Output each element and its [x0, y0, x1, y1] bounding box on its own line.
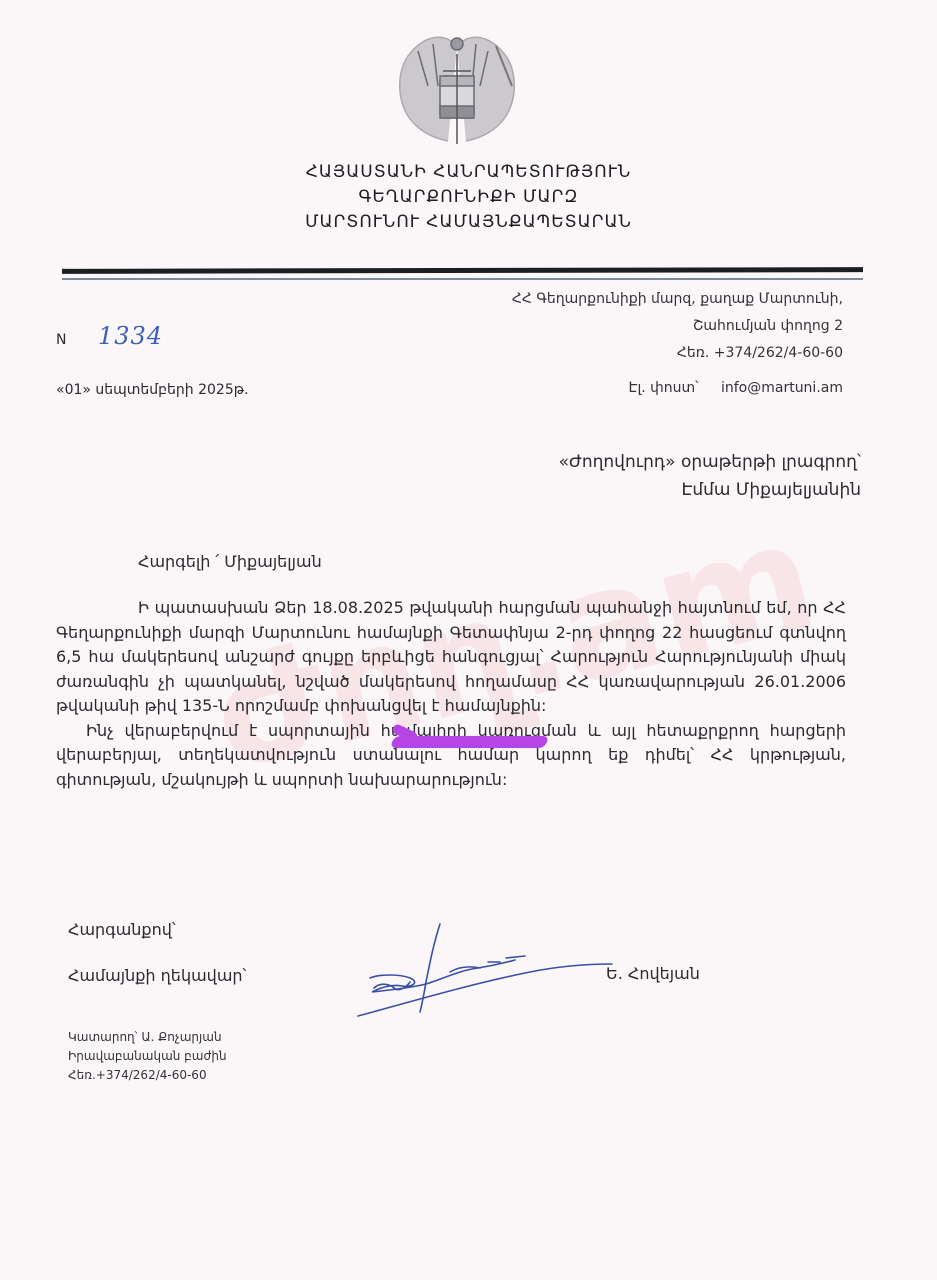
- coat-of-arms-icon: [388, 26, 526, 154]
- document-number: 1334: [98, 322, 163, 350]
- header-divider-thin: [62, 278, 863, 280]
- letterhead-line-region: ԳԵՂԱՐՔՈՒՆԻՔԻ ՄԱՐԶ: [0, 185, 937, 210]
- address-line-1: ՀՀ Գեղարքունիքի մարզ, քաղաք Մարտունի,: [512, 286, 843, 313]
- recipient-block: «Ժողովուրդ» օրաթերթի լրագրող՝ Էմմա Միքայ…: [559, 448, 861, 504]
- sender-email: Էլ. փոստ՝ info@martuni.am: [629, 380, 843, 396]
- highlight-mark: [390, 736, 549, 748]
- document-date: «01» սեպտեմբերի 2025թ.: [56, 382, 249, 398]
- recipient-name: Էմմա Միքայելյանին: [559, 476, 861, 504]
- executor-footer: Կատարող՝ Ա. Քոչարյան Իրավաբանական բաժին …: [68, 1028, 227, 1085]
- body-paragraph-2: Ինչ վերաբերվում է սպորտային համալիրի կառ…: [56, 719, 846, 793]
- address-phone: Հեռ. +374/262/4-60-60: [512, 340, 843, 367]
- executor-department: Իրավաբանական բաժին: [68, 1047, 227, 1066]
- letter-body: Ի պատասխան Ձեր 18.08.2025 թվականի հարցմա…: [56, 596, 846, 792]
- email-value: info@martuni.am: [721, 380, 843, 396]
- signer-position: Համայնքի ղեկավար՝: [68, 966, 246, 985]
- signature-icon: [350, 922, 620, 1018]
- letterhead: ՀԱՅԱՍՏԱՆԻ ՀԱՆՐԱՊԵՏՈՒԹՅՈՒՆ ԳԵՂԱՐՔՈՒՆԻՔԻ Մ…: [0, 160, 937, 235]
- letter-page: ՀԱՅԱՍՏԱՆԻ ՀԱՆՐԱՊԵՏՈՒԹՅՈՒՆ ԳԵՂԱՐՔՈՒՆԻՔԻ Մ…: [0, 0, 937, 1280]
- executor-name: Կատարող՝ Ա. Քոչարյան: [68, 1028, 227, 1047]
- header-divider: [62, 267, 863, 274]
- signer-name: Ե. Հովեյան: [606, 964, 700, 983]
- email-label: Էլ. փոստ՝: [629, 380, 699, 396]
- document-number-label: N: [56, 332, 66, 348]
- body-paragraph-1: Ի պատասխան Ձեր 18.08.2025 թվականի հարցմա…: [56, 596, 846, 719]
- closing: Հարգանքով՝: [68, 920, 176, 939]
- address-line-2: Շահումյան փողոց 2: [512, 313, 843, 340]
- letterhead-line-country: ՀԱՅԱՍՏԱՆԻ ՀԱՆՐԱՊԵՏՈՒԹՅՈՒՆ: [0, 160, 937, 185]
- sender-address: ՀՀ Գեղարքունիքի մարզ, քաղաք Մարտունի, Շա…: [512, 286, 843, 367]
- executor-phone: Հեռ.+374/262/4-60-60: [68, 1066, 227, 1085]
- greeting: Հարգելի ՛ Միքայելյան: [138, 552, 322, 571]
- recipient-title: «Ժողովուրդ» օրաթերթի լրագրող՝: [559, 448, 861, 476]
- letterhead-line-municipality: ՄԱՐՏՈՒՆՈՒ ՀԱՄԱՅՆՔԱՊԵՏԱՐԱՆ: [0, 210, 937, 235]
